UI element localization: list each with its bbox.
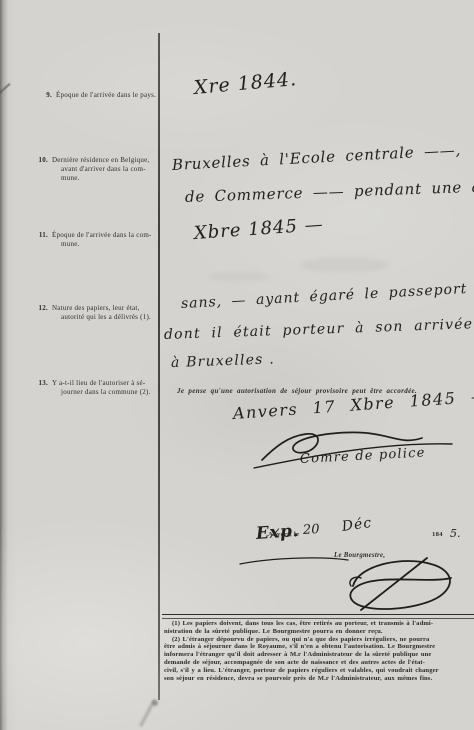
footnote-line: (1) Les papiers doivent, dans tous les c… xyxy=(164,620,474,628)
ink-smudge xyxy=(152,700,158,706)
question-text: avant d'arriver dans la com- xyxy=(61,165,150,174)
question-12: 12. Nature des papiers, leur état, autor… xyxy=(34,304,151,322)
answer-12-handwriting-line2: dont il était porteur à son arrivée xyxy=(164,316,474,343)
ink-bleedthrough-blot xyxy=(210,272,270,282)
question-9: 9. Époque de l'arrivée dans le pays. xyxy=(38,91,156,100)
dateline-month-handwriting: Déc xyxy=(341,515,373,535)
question-text: Époque de l'arrivée dans le pays. xyxy=(56,91,156,100)
ink-bleedthrough-blot xyxy=(300,258,390,272)
footnotes-rule xyxy=(162,614,474,619)
question-13: 13. Y a-t-il lieu de l'autoriser à sé- j… xyxy=(34,379,151,397)
question-number: 13. xyxy=(34,379,48,397)
dateline-year-printed: 184 xyxy=(432,531,443,538)
question-text: mune. xyxy=(61,174,150,183)
scan-edge-mark xyxy=(0,83,11,95)
dateline-place-label: Anvers, le xyxy=(268,531,299,538)
dateline-year-handwriting: 5. xyxy=(450,527,461,540)
footnote-line: demande de séjour, accompagnée de son ac… xyxy=(164,659,474,667)
form-divider-rule xyxy=(158,33,160,700)
question-10: 10. Dernière résidence en Belgique, avan… xyxy=(34,156,150,183)
footnote-line: nistration de la sûreté publique. Le Bou… xyxy=(164,628,474,636)
footnote-line: (2) L'étranger dépourvu de papiers, ou q… xyxy=(164,636,474,644)
question-text: Époque de l'arrivée dans la com- xyxy=(52,231,152,240)
footnote-line: informera l'étranger qu'il doit adresser… xyxy=(164,651,474,659)
footnote-line: être admis à séjourner dans le Royaume, … xyxy=(164,643,474,651)
question-text: Dernière résidence en Belgique, xyxy=(52,156,150,165)
question-11: 11. Époque de l'arrivée dans la com- mun… xyxy=(34,231,152,249)
question-number: 11. xyxy=(34,231,48,249)
footnote-line: son séjour en résidence, devra se pourvo… xyxy=(164,675,474,683)
answer-11-handwriting: Xbre 1845 — xyxy=(193,214,324,244)
answer-10-handwriting-line1: Bruxelles à l'Ecole centrale ——, xyxy=(172,141,462,174)
question-text: Y a-t-il lieu de l'autoriser à sé- xyxy=(52,379,151,388)
question-number: 12. xyxy=(34,304,48,322)
footnote-line: civil, s'il y a lieu. L'étranger, porteu… xyxy=(164,667,474,675)
answer-12-handwriting-line1: sans, — ayant égaré le passeport —— xyxy=(181,279,474,312)
answer-12-handwriting-line3: à Bruxelles . xyxy=(171,351,275,371)
question-text: journer dans la commune (2). xyxy=(61,388,151,397)
question-number: 9. xyxy=(38,91,52,100)
commissaire-signature xyxy=(252,424,457,472)
question-text: mune. xyxy=(61,240,152,249)
dateline-day-handwriting: 20 xyxy=(303,522,320,538)
answer-9-handwriting: Xre 1844. xyxy=(193,68,298,99)
bourgmestre-signature xyxy=(337,552,472,616)
question-text: Nature des papiers, leur état, xyxy=(52,304,151,313)
answer-10-handwriting-line2: de Commerce —— pendant une année xyxy=(185,176,474,206)
scanned-form-page: 9. Époque de l'arrivée dans le pays. 10.… xyxy=(0,0,474,730)
footnotes: (1) Les papiers doivent, dans tous les c… xyxy=(164,620,474,682)
question-text: autorité qui les a délivrés (1). xyxy=(61,313,151,322)
question-number: 10. xyxy=(34,156,48,183)
